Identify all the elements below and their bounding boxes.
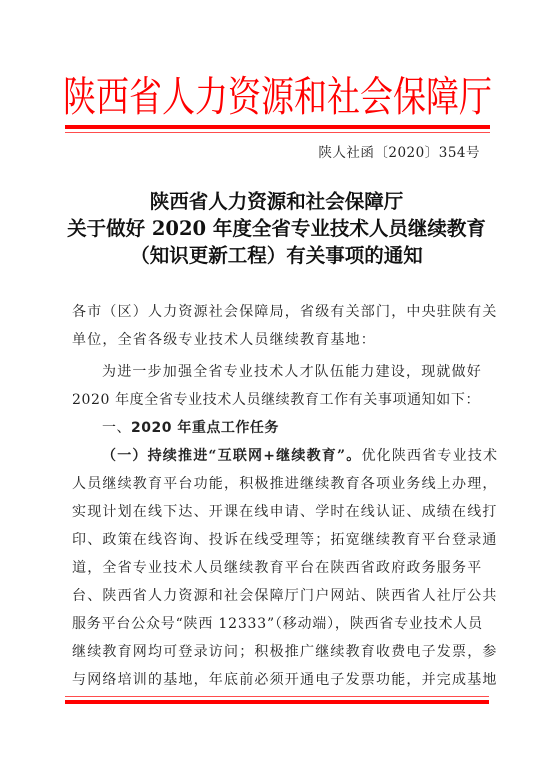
footer-rule-thick <box>65 700 489 704</box>
section-heading-text: 2020 年重点工作任务 <box>131 420 279 436</box>
item-1-line-1: （一）持续推进“互联网+继续教育”。优化陕西省专业技术 <box>72 442 484 470</box>
item-1-line-1-rest: 优化陕西省专业技术 <box>361 448 498 464</box>
document-page: 陕西省人力资源和社会保障厅 陕人社函〔2020〕354号 陕西省人力资源和社会保… <box>0 0 553 783</box>
item-1-line-4: 印、政策在线咨询、投诉在线受理等；拓宽继续教育平台登录通 <box>72 526 484 554</box>
intro-line-2: 2020 年度全省专业技术人员继续教育工作有关事项通知如下： <box>72 386 484 414</box>
item-1-line-6: 台、陕西省人力资源和社会保障厅门户网站、陕西省人社厅公共 <box>72 582 484 610</box>
item-1-lead: （一）持续推进“互联网+继续教育”。 <box>102 448 361 464</box>
document-body: 各市（区）人力资源社会保障局，省级有关部门，中央驻陕有关 单位，全省各级专业技术… <box>72 298 484 694</box>
document-title: 陕西省人力资源和社会保障厅 关于做好 2020 年度全省专业技术人员继续教育 （… <box>0 188 553 269</box>
salutation-line-2: 单位，全省各级专业技术人员继续教育基地： <box>72 326 484 354</box>
document-number: 陕人社函〔2020〕354号 <box>318 144 480 162</box>
letterhead-title: 陕西省人力资源和社会保障厅 <box>63 68 465 126</box>
title-line-3: （知识更新工程）有关事项的通知 <box>0 242 553 269</box>
letterhead-rule-thin <box>65 132 490 133</box>
item-1-line-9: 与网络培训的基地，年底前必须开通电子发票功能，并完成基地 <box>72 666 484 694</box>
letterhead-rule-thick <box>65 125 490 129</box>
item-1-line-2: 人员继续教育平台功能，积极推进继续教育各项业务线上办理， <box>72 470 484 498</box>
footer-rule-thin <box>65 696 489 697</box>
title-line-1: 陕西省人力资源和社会保障厅 <box>0 188 553 215</box>
salutation-line-1: 各市（区）人力资源社会保障局，省级有关部门，中央驻陕有关 <box>72 298 484 326</box>
item-1-line-3: 实现计划在线下达、开课在线申请、学时在线认证、成绩在线打 <box>72 498 484 526</box>
section-heading-1: 一、2020 年重点工作任务 <box>72 414 484 442</box>
item-1-line-8: 继续教育网均可登录访问；积极推广继续教育收费电子发票，参 <box>72 638 484 666</box>
title-line-2: 关于做好 2020 年度全省专业技术人员继续教育 <box>0 215 553 242</box>
item-1-line-7: 服务平台公众号“陕西 12333”（移动端），陕西省专业技术人员 <box>72 610 484 638</box>
item-1-line-5: 道，全省专业技术人员继续教育平台在陕西省政府政务服务平 <box>72 554 484 582</box>
intro-line-1: 为进一步加强全省专业技术人才队伍能力建设，现就做好 <box>72 358 484 386</box>
section-heading-prefix: 一、 <box>102 420 131 436</box>
